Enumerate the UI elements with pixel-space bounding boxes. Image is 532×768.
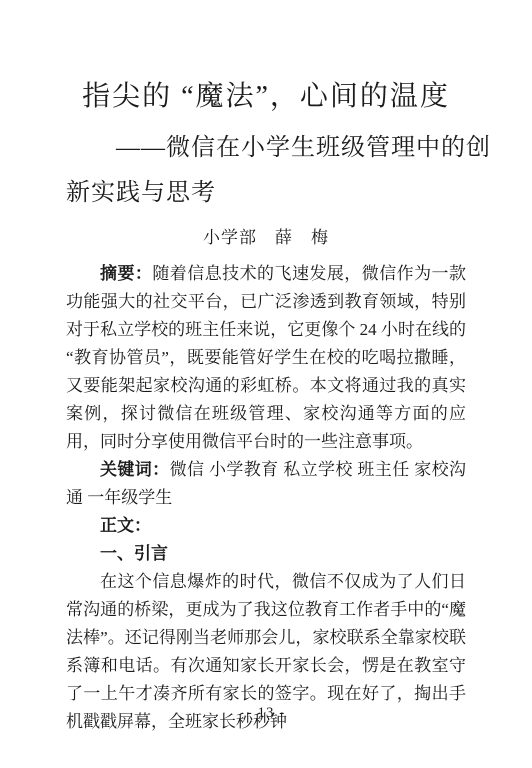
keywords-paragraph: 关键词：微信 小学教育 私立学校 班主任 家校沟通 一年级学生 <box>66 456 466 512</box>
article-subtitle-line-2: 新实践与思考 <box>66 171 466 216</box>
author-line: 小学部 薛 梅 <box>66 226 466 250</box>
abstract-paragraph: 摘要：随着信息技术的飞速发展，微信作为一款功能强大的社交平台，已广泛渗透到教育领… <box>66 260 466 456</box>
article-body: 摘要：随着信息技术的飞速发展，微信作为一款功能强大的社交平台，已广泛渗透到教育领… <box>66 260 466 736</box>
document-page: 指尖的 “魔法”，心间的温度 ——微信在小学生班级管理中的创 新实践与思考 小学… <box>0 0 532 736</box>
article-title: 指尖的 “魔法”，心间的温度 <box>66 80 466 114</box>
keywords-label: 关键词： <box>100 460 170 479</box>
article-subtitle: ——微信在小学生班级管理中的创 新实践与思考 <box>66 126 466 216</box>
main-text-label: 正文： <box>66 512 466 540</box>
article-subtitle-line-1: ——微信在小学生班级管理中的创 <box>66 126 466 171</box>
section-heading-introduction: 一、引言 <box>66 540 466 568</box>
page-number: - 13 - <box>0 704 532 722</box>
abstract-text: 随着信息技术的飞速发展，微信作为一款功能强大的社交平台，已广泛渗透到教育领域，特… <box>66 264 466 451</box>
abstract-label: 摘要： <box>100 264 152 283</box>
